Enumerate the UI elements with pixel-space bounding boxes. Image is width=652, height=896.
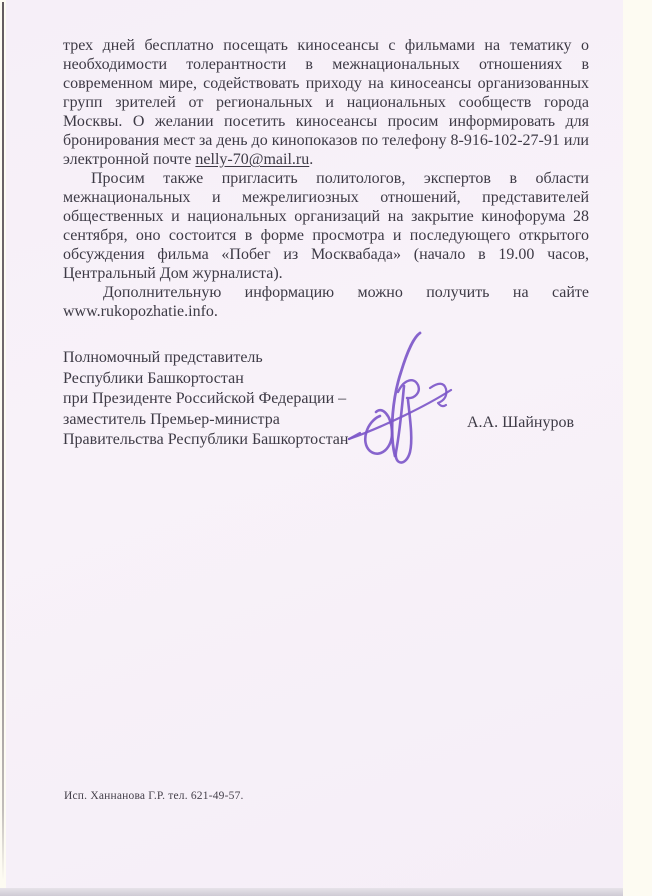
scan-edge-line	[2, 2, 4, 880]
signer-name: А.А. Шайнуров	[467, 414, 574, 432]
paragraph-1-text: трех дней бесплатно посещать киносеансы …	[63, 37, 589, 168]
signature-block-line: Республики Башкортостан	[63, 369, 348, 390]
signature-block-line: при Президенте Российской Федерации –	[63, 389, 348, 410]
signature-block-line: Полномочный представитель	[63, 348, 348, 369]
letter-body: трех дней бесплатно посещать киносеансы …	[63, 36, 589, 321]
scanned-letter: трех дней бесплатно посещать киносеансы …	[0, 0, 652, 896]
executor-note: Исп. Ханнанова Г.Р. тел. 621-49-57.	[64, 790, 244, 802]
scan-bottom-edge	[0, 888, 623, 896]
document-page: трех дней бесплатно посещать киносеансы …	[6, 0, 623, 889]
paragraph-2: Просим также пригласить политологов, экс…	[63, 169, 589, 283]
paragraph-1-period: .	[309, 151, 313, 168]
paragraph-1: трех дней бесплатно посещать киносеансы …	[63, 36, 589, 169]
email-address: nelly-70@mail.ru	[195, 151, 309, 168]
signature-block-line: заместитель Премьер-министра	[63, 410, 348, 431]
signature-block-line: Правительства Республики Башкортостан	[63, 430, 348, 451]
handwritten-signature	[338, 324, 458, 464]
signature-block: Полномочный представитель Республики Баш…	[63, 348, 348, 451]
paragraph-3: Дополнительную информацию можно получить…	[63, 283, 589, 321]
